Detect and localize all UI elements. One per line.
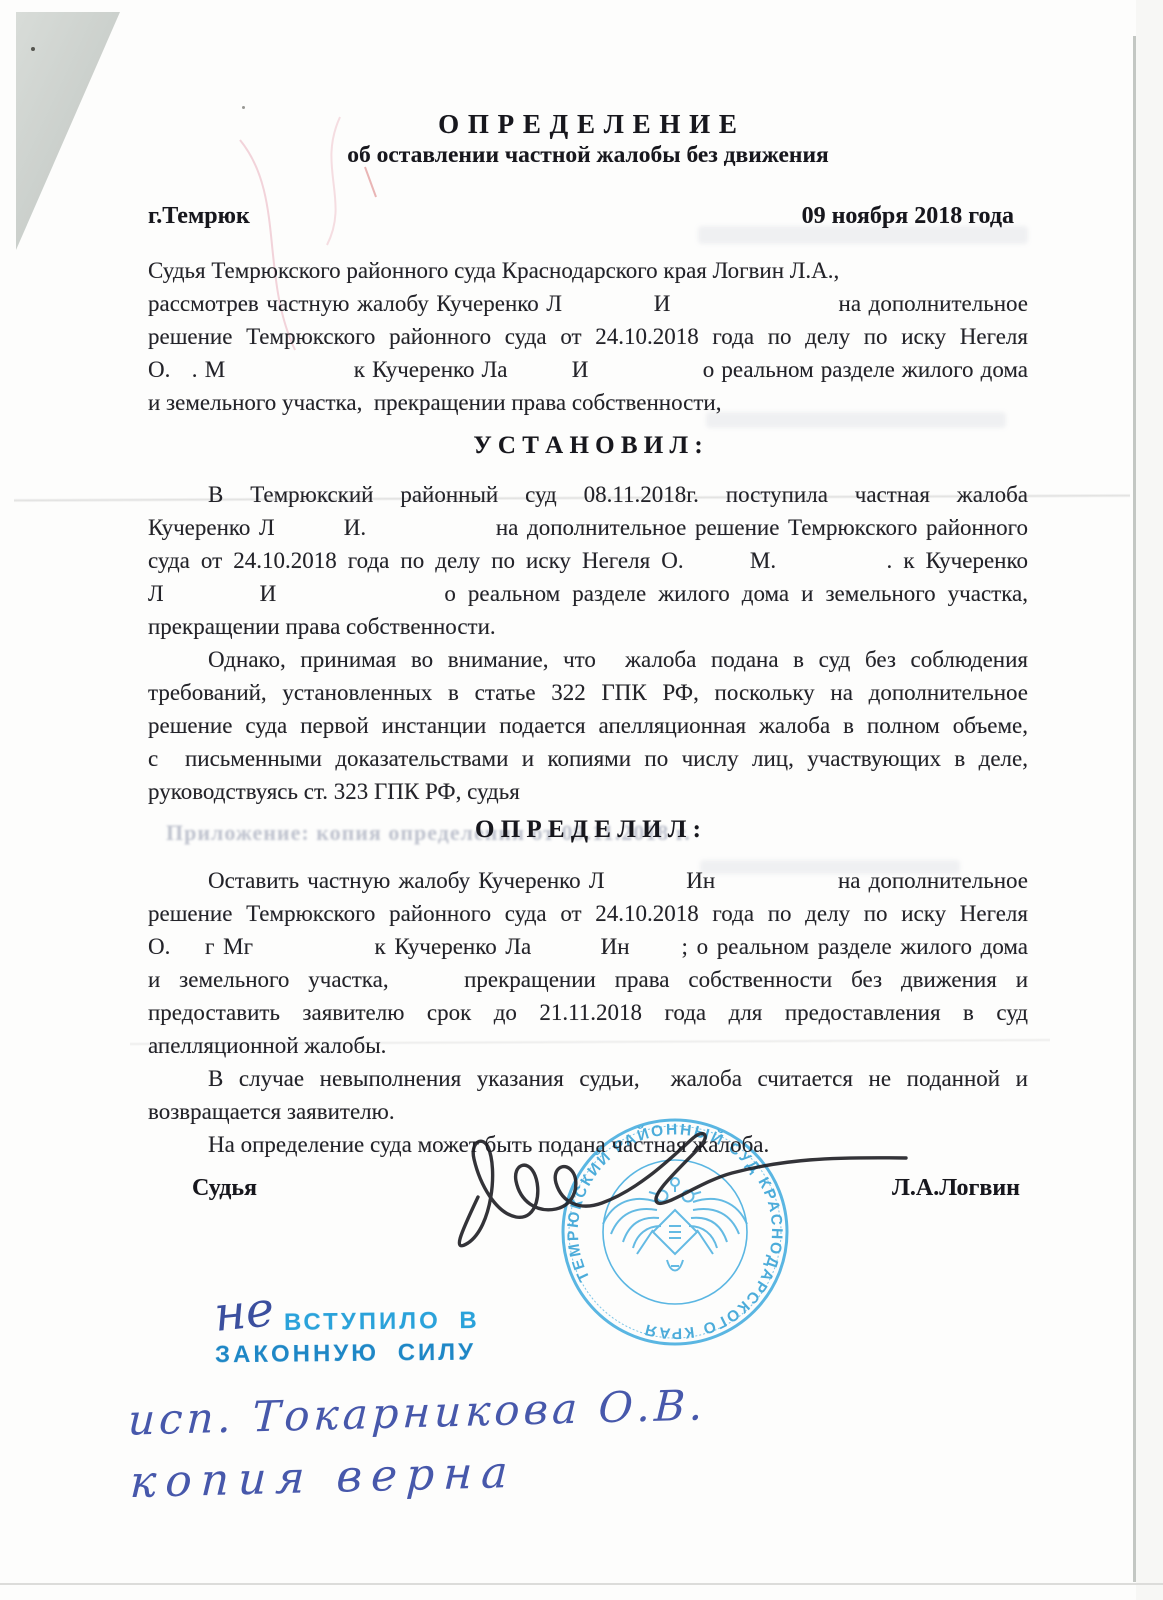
document-title: О П Р Е Д Е Л Е Н И Е [148,108,1028,140]
text-line: Однако, принимая во внимание, что жалоба… [148,643,1028,676]
text-line: рассмотрев частную жалобу Кучеренко Л И … [148,287,1028,320]
judge-label: Судья [148,1175,257,1202]
judge-signature-ink [400,1085,920,1265]
text-line: решение Темрюкского районного суда от 24… [148,897,1028,930]
legal-force-stamp-line1: ВСТУПИЛО В [284,1307,480,1337]
text-line: В Темрюкский районный суд 08.11.2018г. п… [148,478,1028,511]
city-label: г.Темрюк [148,203,250,230]
handwritten-ne-annotation: не [211,1281,277,1343]
paragraph-facts: В Темрюкский районный суд 08.11.2018г. п… [148,478,1028,643]
text-line: с письменными доказательствами и копиями… [148,742,1028,775]
date-label: 09 ноября 2018 года [802,203,1014,230]
text-line: Оставить частную жалобу Кучеренко Л Ин н… [148,864,1028,897]
text-line: апелляционной жалобы. [148,1029,1028,1062]
text-line: О. г Мг к Кучеренко Ла Ин ; о реальном р… [148,930,1028,963]
page-right-edge [1133,36,1136,1582]
section-heading-ustanovil: У С Т А Н О В И Л : [148,432,1028,460]
scan-right-gutter [1136,0,1163,1600]
text-line: суда от 24.10.2018 года по делу по иску … [148,544,1028,577]
paragraph-preamble: Судья Темрюкского районного суда Краснод… [148,254,1028,419]
text-line: Л И о реальном разделе жилого дома и зем… [148,577,1028,610]
text-line: прекращении права собственности. [148,610,1028,643]
page-bottom-edge [0,1583,1163,1585]
section-heading-opredelil: О П Р Е Д Е Л И Л : [148,816,1028,844]
paragraph-ruling: Оставить частную жалобу Кучеренко Л Ин н… [148,864,1028,1062]
handwritten-copy-true-note: копия верна [129,1447,518,1508]
paragraph-grounds: Однако, принимая во внимание, что жалоба… [148,643,1028,808]
text-line: Судья Темрюкского районного суда Краснод… [148,254,1028,287]
text-line: и земельного участка, прекращении права … [148,963,1028,996]
text-line: решение Темрюкского районного суда от 24… [148,320,1028,353]
handwritten-executor-note: исп. Токарникова О.В. [127,1380,707,1444]
text-line: и земельного участка, прекращении права … [148,386,1028,419]
ink-speck [31,47,35,51]
text-line: руководствуясь ст. 323 ГПК РФ, судья [148,775,1028,808]
document-body: О П Р Е Д Е Л Е Н И Е об оставлении част… [148,0,1028,1202]
scanned-court-document: { "header": { "title": "О П Р Е Д Е Л Е … [0,0,1163,1600]
place-date-row: г.Темрюк 09 ноября 2018 года [148,203,1028,230]
text-line: Кучеренко Л И. на дополнительное решение… [148,511,1028,544]
document-subtitle: об оставлении частной жалобы без движени… [148,142,1028,169]
text-line: решение суда первой инстанции подается а… [148,709,1028,742]
text-line: требований, установленных в статье 322 Г… [148,676,1028,709]
text-line: предоставить заявителю срок до 21.11.201… [148,996,1028,1029]
text-line: О. . М к Кучеренко Ла И о реальном разде… [148,353,1028,386]
legal-force-stamp-line2: ЗАКОННУЮ СИЛУ [215,1339,476,1370]
